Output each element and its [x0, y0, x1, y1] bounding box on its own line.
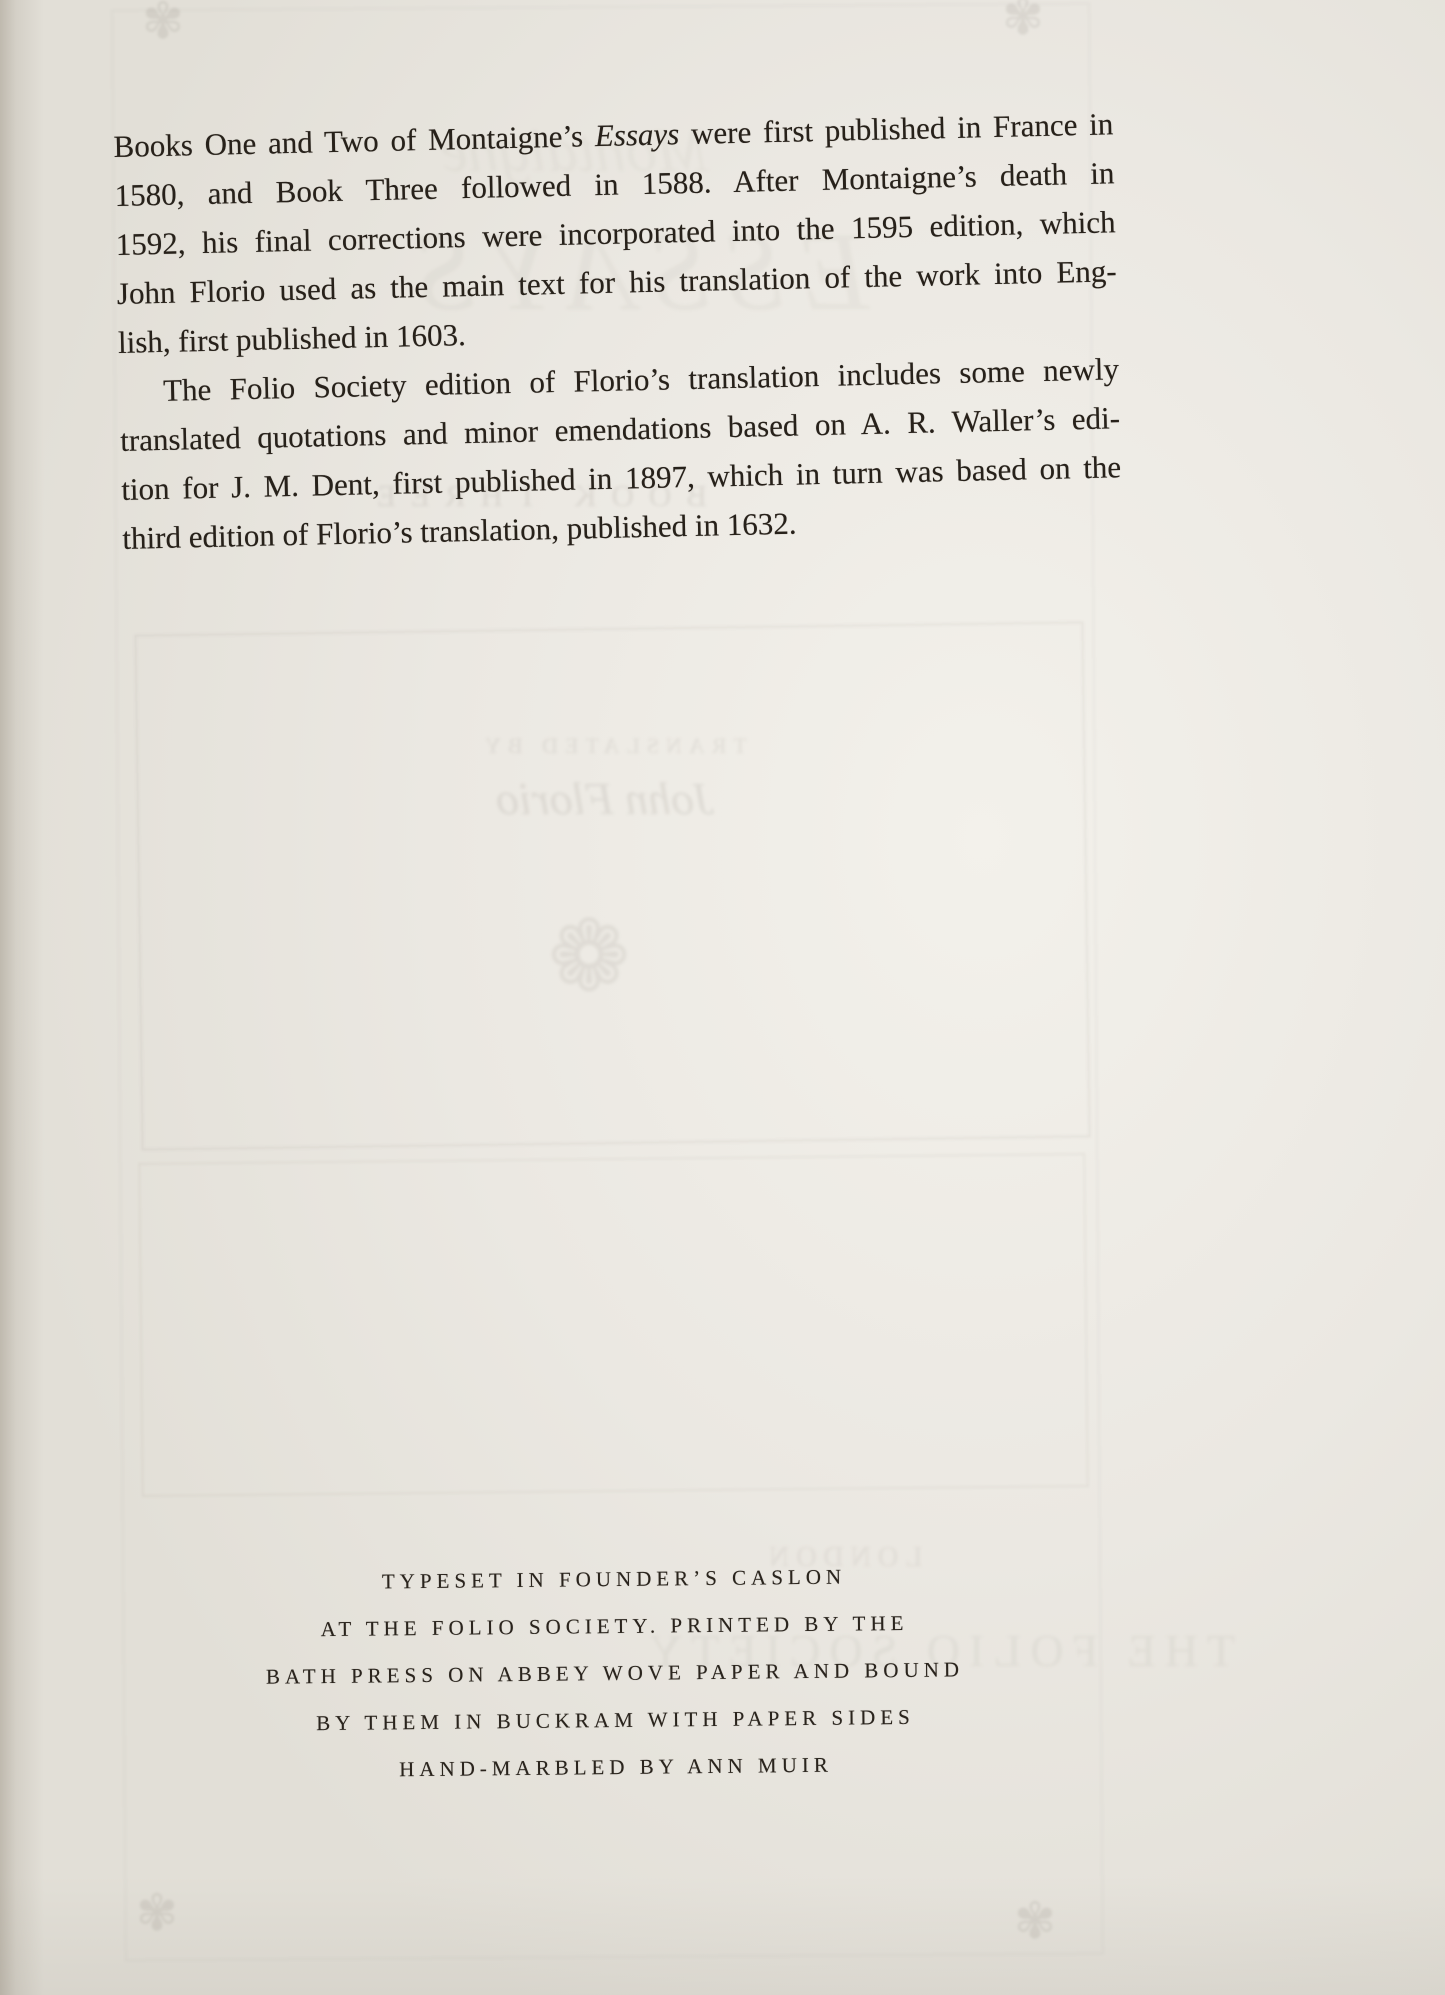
showthrough-inner-panel-top — [134, 621, 1090, 1150]
colophon-line5: HAND-MARBLED BY ANN MUIR — [126, 1739, 1106, 1796]
fleuron-ornament-icon: ✾ — [136, 1884, 178, 1942]
showthrough-inner-panel-bottom — [138, 1153, 1088, 1497]
showthrough-translator-name: John Florio — [496, 772, 714, 825]
fleuron-ornament-icon: ✾ — [1002, 0, 1044, 46]
printers-flower-ornament-icon: ❁ — [548, 900, 630, 1014]
showthrough-translated-by: TRANSLATED BY — [478, 733, 747, 759]
publication-note: Books One and Two of Montaigne’s Essays … — [113, 99, 1123, 563]
line-text: Books One and Two of Montaigne’s — [113, 118, 595, 164]
colophon: TYPESET IN FOUNDER’S CASLON AT THE FOLIO… — [124, 1551, 1106, 1796]
fleuron-ornament-icon: ✾ — [1014, 1892, 1056, 1950]
fleuron-ornament-icon: ✾ — [142, 0, 184, 50]
book-title-italic: Essays — [594, 116, 679, 153]
line-text: were first published in France in — [679, 106, 1114, 151]
book-colophon-page: ✾ ✾ ✾ ✾ Montaigne ESSAYS BOOK THREE TRAN… — [0, 0, 1445, 1995]
